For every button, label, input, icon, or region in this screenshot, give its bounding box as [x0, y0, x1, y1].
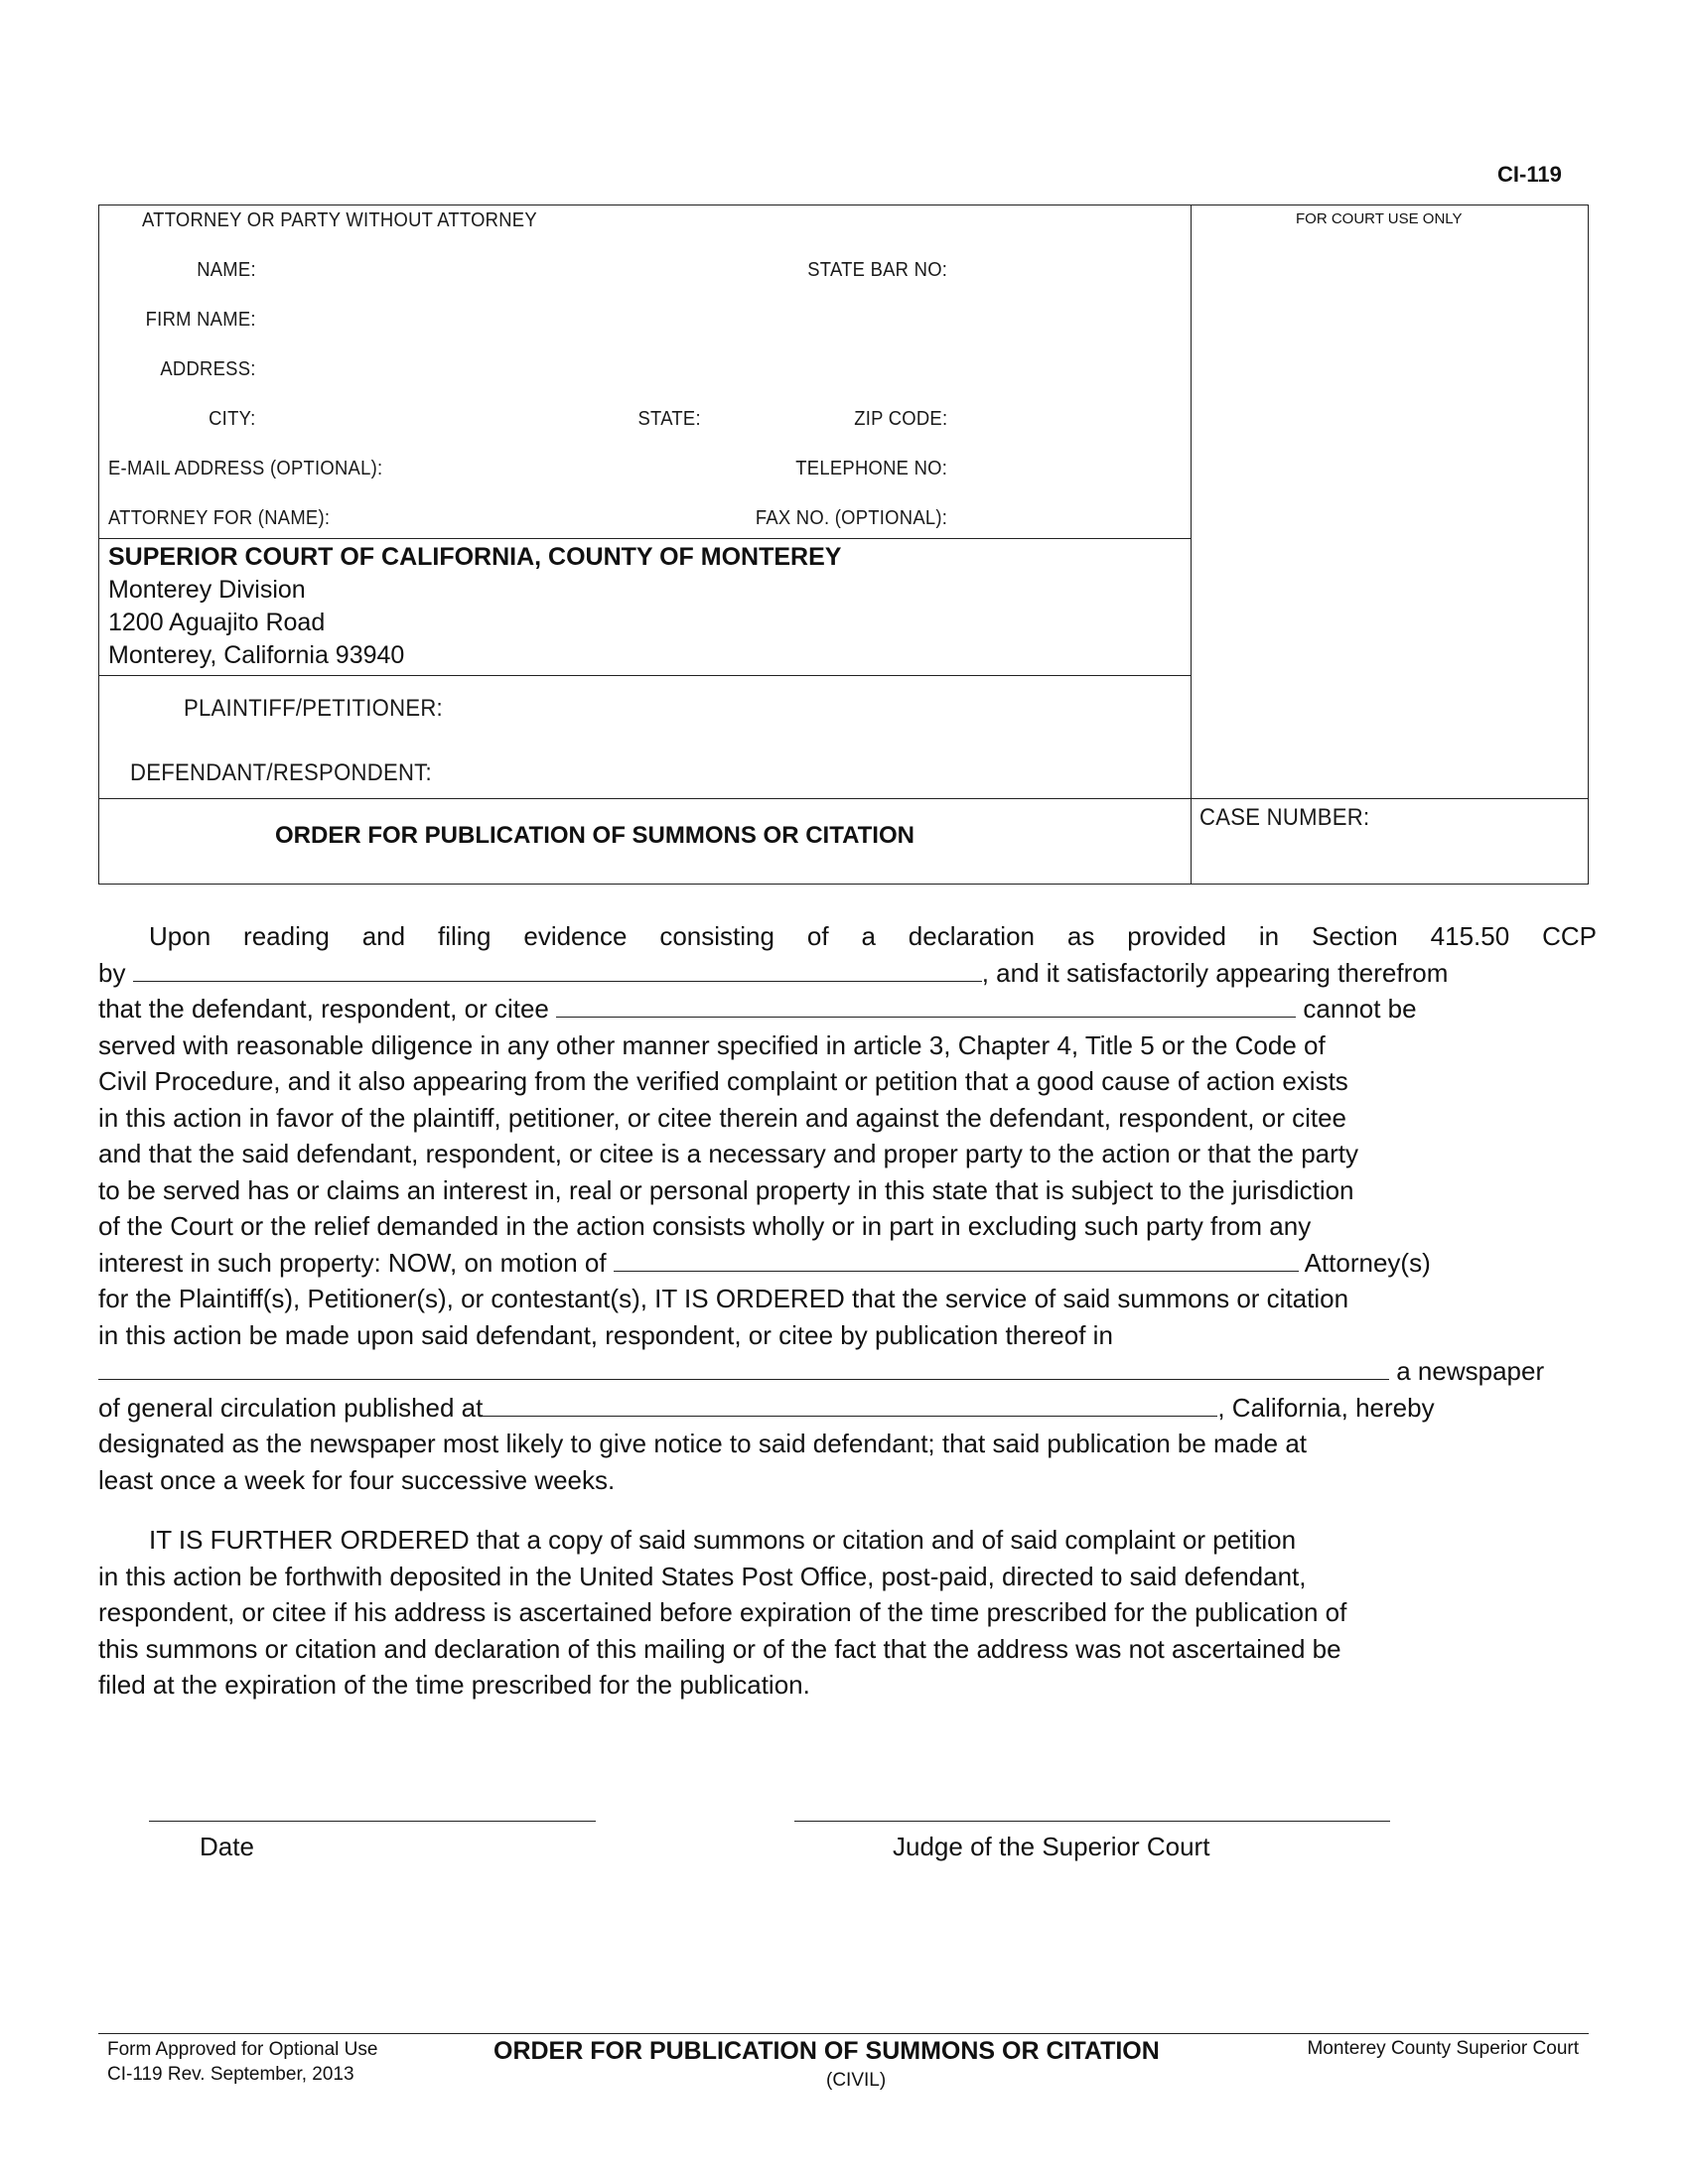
defendant-field[interactable] [516, 754, 1182, 788]
order-body: Upon reading and filing evidence consist… [98, 918, 1588, 1498]
body-text: , California, hereby [1217, 1393, 1434, 1423]
body-line: filed at the expiration of the time pres… [98, 1667, 1588, 1704]
body-line: designated as the newspaper most likely … [98, 1426, 1588, 1462]
footer-title: ORDER FOR PUBLICATION OF SUMMONS OR CITA… [493, 2037, 1160, 2066]
name-label: NAME: [197, 259, 256, 282]
court-street: 1200 Aguajito Road [108, 609, 325, 637]
court-block-bottom [98, 675, 1192, 676]
case-number-label: CASE NUMBER: [1199, 804, 1369, 832]
attorney-block-bottom [98, 538, 1192, 539]
body-line: this summons or citation and declaration… [98, 1631, 1588, 1668]
defendant-label: DEFENDANT/RESPONDENT: [130, 759, 432, 787]
footer-approval: Form Approved for Optional Use [107, 2038, 377, 2062]
telephone-label: TELEPHONE NO: [795, 458, 947, 480]
body-text: interest in such property: NOW, on motio… [98, 1248, 607, 1278]
footer-revision: CI-119 Rev. September, 2013 [107, 2063, 354, 2087]
further-order-body: IT IS FURTHER ORDERED that a copy of sai… [98, 1522, 1588, 1704]
footer-subtitle: (CIVIL) [826, 2070, 886, 2092]
body-line: for the Plaintiff(s), Petitioner(s), or … [98, 1281, 1588, 1317]
footer-rule [98, 2033, 1589, 2034]
court-division: Monterey Division [108, 576, 306, 605]
date-signature-line[interactable] [149, 1821, 596, 1822]
judge-label: Judge of the Superior Court [893, 1832, 1209, 1862]
state-bar-no-label: STATE BAR NO: [807, 259, 947, 282]
address-label: ADDRESS: [161, 358, 256, 381]
body-line: least once a week for four successive we… [98, 1462, 1588, 1499]
email-field[interactable] [457, 453, 755, 482]
declarant-blank[interactable] [133, 957, 982, 982]
court-city-state-zip: Monterey, California 93940 [108, 641, 404, 670]
body-line: to be served has or claims an interest i… [98, 1172, 1588, 1209]
body-line: respondent, or citee if his address is a… [98, 1594, 1588, 1631]
body-line: Civil Procedure, and it also appearing f… [98, 1063, 1588, 1100]
newspaper-name-blank[interactable] [98, 1355, 1389, 1380]
state-field[interactable] [707, 403, 826, 433]
body-line: of the Court or the relief demanded in t… [98, 1208, 1588, 1245]
city-field[interactable] [263, 403, 611, 433]
firm-name-label: FIRM NAME: [146, 309, 256, 332]
body-text: of general circulation published at [98, 1393, 483, 1423]
telephone-field[interactable] [955, 453, 1184, 482]
publication-city-blank[interactable] [483, 1392, 1217, 1417]
body-line: Upon reading and filing evidence consist… [98, 918, 1597, 955]
body-line: in this action be made upon said defenda… [98, 1317, 1588, 1354]
fax-field[interactable] [955, 502, 1184, 532]
court-use-only-label: FOR COURT USE ONLY [1296, 210, 1463, 227]
firm-name-field[interactable] [263, 304, 1182, 334]
email-label: E-MAIL ADDRESS (OPTIONAL): [108, 458, 382, 480]
body-text: that the defendant, respondent, or citee [98, 994, 549, 1024]
body-text: Attorney(s) [1305, 1248, 1431, 1278]
body-line: IT IS FURTHER ORDERED that a copy of sai… [98, 1522, 1588, 1559]
form-number: CI-119 [1497, 162, 1562, 188]
citee-blank[interactable] [556, 993, 1296, 1018]
attorney-for-field[interactable] [392, 502, 690, 532]
body-line: in this action be forthwith deposited in… [98, 1559, 1588, 1595]
case-number-field[interactable] [1201, 839, 1579, 877]
address-field[interactable] [263, 353, 1182, 383]
body-line: and that the said defendant, respondent,… [98, 1136, 1588, 1172]
body-text: , and it satisfactorily appearing theref… [982, 958, 1449, 988]
name-field[interactable] [263, 254, 760, 284]
title-row-top [98, 798, 1589, 799]
judge-signature-line[interactable] [794, 1821, 1390, 1822]
body-text: cannot be [1303, 994, 1416, 1024]
zip-code-field[interactable] [955, 403, 1184, 433]
state-label: STATE: [638, 408, 701, 431]
attorney-for-label: ATTORNEY FOR (NAME): [108, 507, 330, 530]
movant-attorney-blank[interactable] [614, 1247, 1299, 1272]
plaintiff-field[interactable] [516, 690, 1182, 724]
plaintiff-label: PLAINTIFF/PETITIONER: [184, 695, 443, 723]
body-line: served with reasonable diligence in any … [98, 1027, 1588, 1064]
caption-divider [1191, 205, 1192, 885]
state-bar-no-field[interactable] [955, 254, 1184, 284]
fax-label: FAX NO. (OPTIONAL): [756, 507, 947, 530]
body-text: by [98, 958, 125, 988]
footer-court: Monterey County Superior Court [1307, 2038, 1579, 2060]
date-label: Date [200, 1832, 254, 1862]
attorney-header: ATTORNEY OR PARTY WITHOUT ATTORNEY [142, 209, 537, 232]
order-title: ORDER FOR PUBLICATION OF SUMMONS OR CITA… [275, 822, 914, 850]
city-label: CITY: [210, 408, 256, 431]
court-name: SUPERIOR COURT OF CALIFORNIA, COUNTY OF … [108, 543, 841, 572]
body-text: a newspaper [1396, 1356, 1544, 1386]
body-line: in this action in favor of the plaintiff… [98, 1100, 1588, 1137]
zip-code-label: ZIP CODE: [854, 408, 947, 431]
